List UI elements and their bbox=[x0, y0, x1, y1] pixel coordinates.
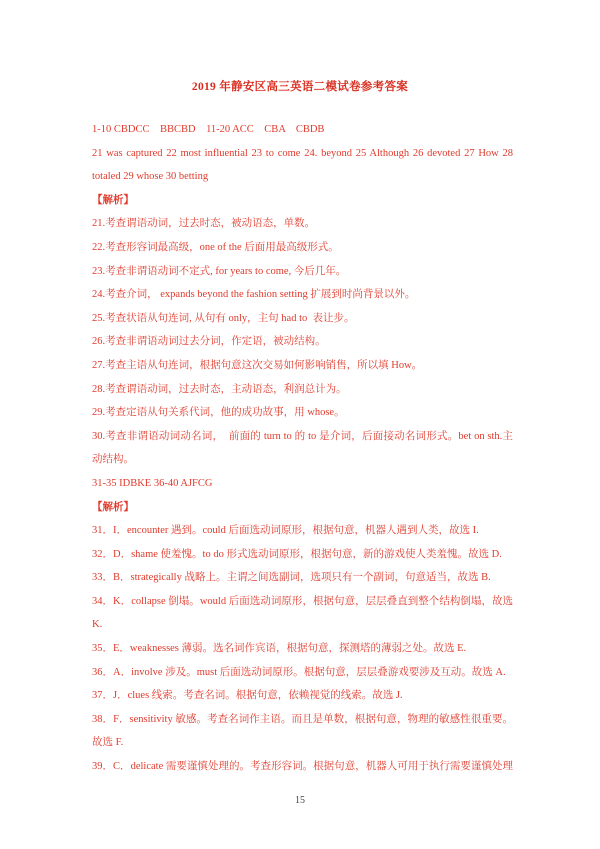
explanation-31: 31．I．encounter 遇到。could 后面选动词原形，根据句意，机器人… bbox=[92, 519, 513, 543]
document-title: 2019 年静安区高三英语二模试卷参考答案 bbox=[0, 78, 600, 94]
analysis-heading-2: 【解析】 bbox=[92, 496, 513, 520]
answer-key-21-30: 21 was captured 22 most influential 23 t… bbox=[92, 142, 513, 189]
explanation-29: 29.考查定语从句关系代词，他的成功故事，用 whose。 bbox=[92, 401, 513, 425]
explanation-30: 30.考查非谓语动词动名词， 前面的 turn to 的 to 是介词，后面接动… bbox=[92, 425, 513, 472]
explanation-35: 35．E．weaknesses 薄弱。选名词作宾语，根据句意，探测塔的薄弱之处。… bbox=[92, 637, 513, 661]
explanation-26: 26.考查非谓语动词过去分词，作定语，被动结构。 bbox=[92, 330, 513, 354]
explanation-28: 28.考查谓语动词，过去时态，主动语态，利润总计为。 bbox=[92, 378, 513, 402]
document-body: 1-10 CBDCC BBCBD 11-20 ACC CBA CBDB21 wa… bbox=[92, 118, 513, 779]
document-page: 2019 年静安区高三英语二模试卷参考答案 1-10 CBDCC BBCBD 1… bbox=[0, 0, 600, 849]
analysis-heading-1: 【解析】 bbox=[92, 189, 513, 213]
explanation-23: 23.考查非谓语动词不定式, for years to come, 今后几年。 bbox=[92, 260, 513, 284]
explanation-36: 36．A．involve 涉及。must 后面选动词原形。根据句意，层层叠游戏要… bbox=[92, 661, 513, 685]
answer-key-1-20: 1-10 CBDCC BBCBD 11-20 ACC CBA CBDB bbox=[92, 118, 513, 142]
explanation-21: 21.考查谓语动词，过去时态，被动语态，单数。 bbox=[92, 212, 513, 236]
explanation-37: 37．J．clues 线索。考查名词。根据句意，依赖视觉的线索。故选 J. bbox=[92, 684, 513, 708]
explanation-27: 27.考查主语从句连词，根据句意这次交易如何影响销售，所以填 How。 bbox=[92, 354, 513, 378]
explanation-33: 33．B．strategically 战略上。主谓之间选副词，选项只有一个副词，… bbox=[92, 566, 513, 590]
explanation-32: 32．D．shame 使羞愧。to do 形式选动词原形，根据句意，新的游戏使人… bbox=[92, 543, 513, 567]
explanation-39: 39．C．delicate 需要谨慎处理的。考查形容词。根据句意，机器人可用于执… bbox=[92, 755, 513, 779]
page-number: 15 bbox=[0, 795, 600, 806]
explanation-25: 25.考查状语从句连词, 从句有 only，主句 had to 表让步。 bbox=[92, 307, 513, 331]
explanation-24: 24.考查介词， expands beyond the fashion sett… bbox=[92, 283, 513, 307]
explanation-34: 34．K．collapse 倒塌。would 后面选动词原形，根据句意，层层叠直… bbox=[92, 590, 513, 637]
answer-key-31-40: 31-35 IDBKE 36-40 AJFCG bbox=[92, 472, 513, 496]
explanation-38: 38．F．sensitivity 敏感。考查名词作主语。而且是单数，根据句意，物… bbox=[92, 708, 513, 755]
explanation-22: 22.考查形容词最高级，one of the 后面用最高级形式。 bbox=[92, 236, 513, 260]
